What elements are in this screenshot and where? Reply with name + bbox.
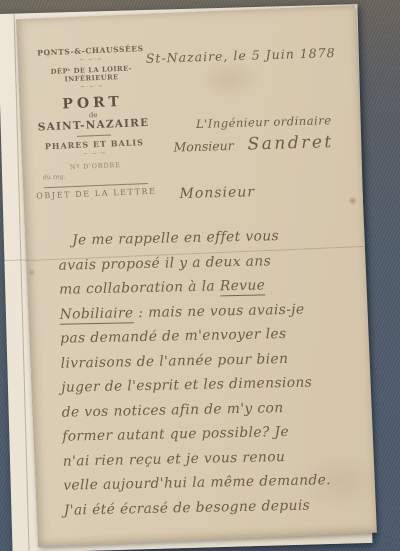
recipient-name: Sandret [247,132,334,154]
letterhead-subject-label: OBJET DE LA LETTRE [33,186,159,200]
letterhead-rule [77,134,111,136]
letter-body: Je me rappelle en effet vous avais propo… [58,222,366,522]
underlined-title-segment: Nobiliaire [60,305,134,325]
body-line-segment: ma collaboration à la [59,278,220,297]
salutation: Monsieur [179,184,255,202]
recipient-name-line: MonsieurSandret [173,131,359,156]
recipient-block: L'Ingénieur ordinaire MonsieurSandret [169,112,360,156]
photograph-background: PONTS-&-CHAUSSÉES ~·~·~ DÉPᵗ DE LA LOIRE… [0,0,400,551]
recipient-prefix: Monsieur [173,138,234,155]
letter-first-page: PONTS-&-CHAUSSÉES ~·~·~ DÉPᵗ DE LA LOIRE… [16,5,377,547]
handwritten-dateline: St-Nazaire, le 5 Juin 1878 [146,45,336,66]
underlined-title-segment: Revue [220,277,266,296]
body-line-segment: : mais ne vous avais-je [133,301,304,321]
printed-letterhead: PONTS-&-CHAUSSÉES ~·~·~ DÉPᵗ DE LA LOIRE… [27,44,159,201]
recipient-title: L'Ingénieur ordinaire [169,112,359,131]
